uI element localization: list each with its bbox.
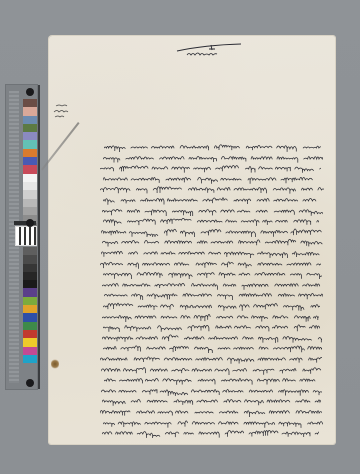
- handwritten-line: [103, 302, 320, 310]
- color-swatch: [23, 157, 37, 165]
- color-swatch: [23, 338, 37, 346]
- color-swatch: [23, 107, 37, 115]
- handwritten-line: [104, 291, 323, 299]
- color-swatch: [23, 124, 37, 132]
- handwritten-line: [102, 397, 321, 405]
- handwritten-line: [103, 270, 322, 278]
- color-swatch: [23, 297, 37, 305]
- handwritten-line: [102, 281, 322, 289]
- handwritten-line: [101, 228, 324, 236]
- target-barcode: [15, 226, 37, 246]
- handwritten-text-block: [100, 143, 332, 443]
- color-calibration-target: [5, 84, 38, 390]
- color-swatch: [23, 247, 37, 255]
- color-swatch: [23, 190, 37, 198]
- lower-color-swatches: [23, 247, 37, 363]
- ink-stain: [51, 359, 59, 369]
- color-swatch: [23, 272, 37, 280]
- handwritten-line: [100, 164, 321, 172]
- color-swatch: [23, 280, 37, 288]
- handwritten-line: [103, 196, 319, 204]
- color-swatch: [23, 132, 37, 140]
- handwritten-line: [100, 355, 322, 363]
- color-swatch: [23, 199, 37, 207]
- registration-dot-middle: [26, 219, 34, 227]
- color-swatch: [23, 355, 37, 363]
- handwritten-line: [104, 376, 319, 384]
- color-swatch: [23, 165, 37, 173]
- registration-dot-bottom: [26, 379, 34, 387]
- color-swatch: [23, 174, 37, 182]
- color-swatch: [23, 149, 37, 157]
- color-swatch: [23, 255, 37, 263]
- handwritten-line: [103, 217, 319, 225]
- handwritten-line: [100, 260, 321, 268]
- color-swatch: [23, 264, 37, 272]
- handwritten-line: [103, 154, 323, 162]
- color-swatch: [23, 140, 37, 148]
- handwritten-line: [104, 143, 321, 151]
- color-swatch: [23, 313, 37, 321]
- handwritten-line: [102, 313, 319, 321]
- handwritten-line: [100, 408, 322, 416]
- margin-annotation: [52, 100, 70, 122]
- handwritten-line: [103, 323, 320, 331]
- color-swatch: [23, 305, 37, 313]
- color-swatch: [23, 330, 37, 338]
- registration-dot-top: [26, 88, 34, 96]
- handwritten-line: [101, 387, 322, 395]
- color-swatch: [23, 288, 37, 296]
- handwritten-line: [103, 344, 322, 352]
- color-swatch: [23, 182, 37, 190]
- color-swatch: [23, 99, 37, 107]
- calibration-rail: [38, 85, 40, 389]
- handwritten-line: [103, 419, 323, 427]
- color-swatch: [23, 347, 37, 355]
- upper-color-swatches: [23, 99, 37, 232]
- handwritten-line: [101, 249, 320, 257]
- handwritten-line: [102, 207, 323, 215]
- color-swatch: [23, 116, 37, 124]
- folio-header-mark: [175, 43, 243, 57]
- color-swatch: [23, 207, 37, 215]
- handwritten-line: [102, 238, 323, 246]
- color-swatch: [23, 322, 37, 330]
- handwritten-line: [103, 175, 319, 183]
- handwritten-line: [101, 366, 322, 374]
- handwritten-line: [100, 185, 324, 193]
- handwritten-line: [102, 429, 319, 437]
- handwritten-line: [102, 334, 322, 342]
